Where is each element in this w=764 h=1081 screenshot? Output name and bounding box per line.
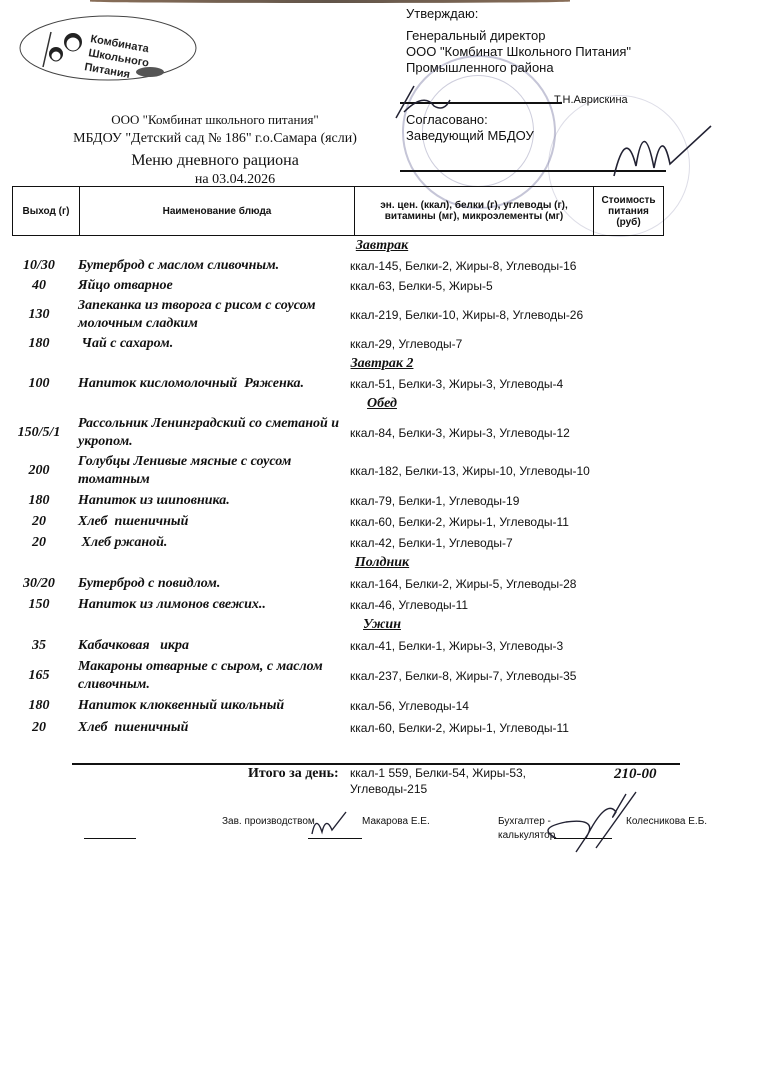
- director-district: Промышленного района: [406, 60, 631, 76]
- accountant-name: Колесникова Е.Б.: [626, 816, 707, 827]
- total-label: Итого за день:: [248, 766, 339, 782]
- production-signature: [306, 808, 356, 838]
- total-nutrition-line1: ккал-1 559, Белки-54, Жиры-53,: [350, 766, 526, 780]
- section-title: Полдник: [0, 553, 764, 573]
- menu-table-header: Выход (г) Наименование блюда эн. цен. (к…: [12, 186, 664, 236]
- col-dish: Наименование блюда: [80, 187, 355, 236]
- production-name: Макарова Е.Е.: [362, 816, 430, 827]
- menu-row: 150/5/1Рассольник Ленинградский со смета…: [0, 414, 764, 452]
- accountant-signature-line: [554, 838, 612, 839]
- production-label: Зав. производством: [222, 816, 315, 827]
- header-institution: МБДОУ "Детский сад № 186" г.о.Самара (яс…: [0, 131, 430, 147]
- section-title: Обед: [0, 394, 764, 414]
- menu-row: 40Яйцо отварноеккал-63, Белки-5, Жиры-5: [0, 276, 764, 296]
- director-position: Генеральный директор: [406, 28, 631, 44]
- menu-row: 200Голубцы Ленивые мясные с соусом томат…: [0, 452, 764, 490]
- production-signature-line: [308, 838, 362, 839]
- approval-block: Утверждаю: Генеральный директор ООО "Ком…: [406, 6, 631, 76]
- total-cost: 210-00: [614, 766, 657, 783]
- menu-row: 20 Хлеб ржаной.ккал-42, Белки-1, Углевод…: [0, 532, 764, 553]
- total-divider: [72, 763, 680, 765]
- section-title: Завтрак: [0, 236, 764, 256]
- total-nutrition-line2: Углеводы-215: [350, 782, 427, 796]
- menu-row: 180Напиток клюквенный школьныйккал-56, У…: [0, 695, 764, 717]
- col-cost: Стоимость питания (руб): [594, 187, 664, 236]
- signature-line: [84, 838, 136, 839]
- menu-row: 20Хлеб пшеничныйккал-60, Белки-2, Жиры-1…: [0, 511, 764, 532]
- approve-label: Утверждаю:: [406, 6, 631, 22]
- page-title: Меню дневного рациона: [0, 152, 430, 170]
- menu-row: 35Кабачковая икраккал-41, Белки-1, Жиры-…: [0, 635, 764, 657]
- section-title: Завтрак 2: [0, 354, 764, 374]
- company-logo: Комбината Школьного Питания: [18, 12, 198, 84]
- header-org: ООО "Комбинат школьного питания": [0, 112, 430, 128]
- col-yield: Выход (г): [13, 187, 80, 236]
- scan-edge: [90, 0, 570, 3]
- menu-row: 165Макароны отварные с сыром, с маслом с…: [0, 657, 764, 695]
- menu-row: 130Запеканка из творога с рисом с соусом…: [0, 296, 764, 334]
- menu-row: 10/30Бутерброд с маслом сливочным.ккал-1…: [0, 256, 764, 276]
- menu-row: 180 Чай с сахаром.ккал-29, Углеводы-7: [0, 334, 764, 354]
- col-nutrition: эн. цен. (ккал), белки (г), углеводы (г)…: [355, 187, 594, 236]
- director-org: ООО "Комбинат Школьного Питания": [406, 44, 631, 60]
- menu-row: 150Напиток из лимонов свежих..ккал-46, У…: [0, 594, 764, 615]
- menu-row: 180Напиток из шиповника.ккал-79, Белки-1…: [0, 490, 764, 511]
- head-signature: [606, 106, 716, 186]
- menu-row: 100Напиток кисломолочный Ряженка.ккал-51…: [0, 374, 764, 394]
- section-title: Ужин: [0, 615, 764, 635]
- menu-content: Завтрак 10/30Бутерброд с маслом сливочны…: [0, 236, 764, 739]
- menu-row: 30/20Бутерброд с повидлом.ккал-164, Белк…: [0, 573, 764, 594]
- menu-row: 20Хлеб пшеничныйккал-60, Белки-2, Жиры-1…: [0, 717, 764, 739]
